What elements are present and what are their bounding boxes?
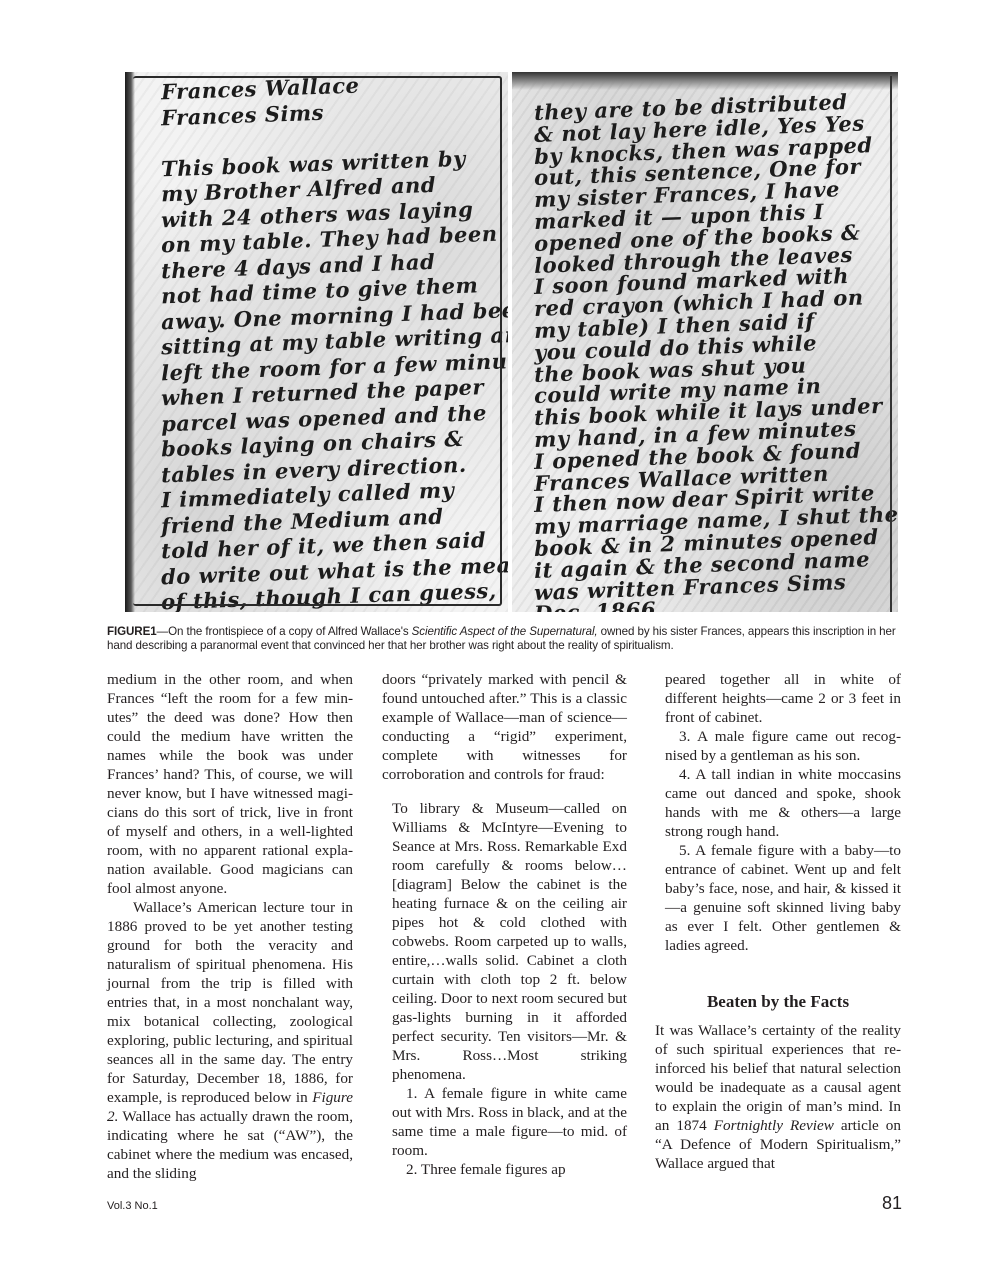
paragraph-text: Wallace has actually drawn the room, ind… [107,1108,353,1182]
quote-list-item-5: 5. A female figure with a baby—to entran… [665,841,901,955]
quote-list-item-3: 3. A male figure came out recog­nised by… [665,727,901,765]
quote-list-item-1: 1. A female figure in white came out wit… [392,1084,627,1160]
paragraph: doors “privately marked with pen­cil & f… [382,670,627,784]
body-column-1: medium in the other room, and when Franc… [107,670,353,1183]
body-column-2: doors “privately marked with pen­cil & f… [382,670,627,1179]
quote-list-item-2-end: peared together all in white of differen… [665,670,901,727]
journal-quote-block: To library & Museum—called on Williams &… [382,799,627,1179]
handwritten-line: not had time to give them [125,271,508,309]
handwritten-line: Frances Wallace [125,72,508,106]
handwritten-line: told her of it, we then said [125,526,508,564]
publication-title: Fortnightly Review [714,1117,834,1134]
paragraph: It was Wallace’s certainty of the realit… [655,1021,901,1173]
handwritten-line [125,118,508,131]
body-column-3: peared together all in white of differen… [655,670,901,1173]
handwritten-line: do write out what is the mean [125,552,508,590]
handwritten-line: left the room for a few minutes, [125,348,508,386]
journal-quote-continued: peared together all in white of differen… [655,670,901,955]
quote-list-item-2-start: 2. Three female figures ap­ [392,1160,627,1179]
handwritten-line: my Brother Alfred and [125,169,508,207]
figure-label: FIGURE1 [107,625,157,638]
section-heading: Beaten by the Facts [655,991,901,1013]
manuscript-left-page: Frances WallaceFrances SimsThis book was… [125,72,508,612]
paragraph: medium in the other room, and when Franc… [107,670,353,898]
caption-book-title: Scientific Aspect of the Supernatural, [412,625,598,638]
caption-dash: — [157,625,169,638]
handwritten-line: This book was written by [125,144,508,182]
paragraph-text: Wallace’s American lecture tour in 1886 … [107,899,353,1106]
handwritten-line: parcel was opened and the [125,399,508,437]
handwritten-line: I immediately called my [125,475,508,513]
figure-manuscript-photo: Frances WallaceFrances SimsThis book was… [125,72,898,612]
handwritten-line: books laying on chairs & [125,424,508,462]
handwritten-line: there 4 days and I had [125,246,508,284]
handwritten-line: with 24 others was laying [125,195,508,233]
figure-caption: FIGURE1—On the frontispiece of a copy of… [107,625,907,653]
handwritten-line: friend the Medium and [125,501,508,539]
paragraph: Wallace’s American lecture tour in 1886 … [107,898,353,1183]
handwritten-line: on my table. They had been [125,220,508,258]
handwritten-line: Frances Sims [125,93,508,131]
quote-list-item-4: 4. A tall indian in white moccasins came… [665,765,901,841]
page-number: 81 [882,1193,902,1214]
handwritten-line: of this, though I can guess, [125,577,508,612]
handwritten-line: sitting at my table writing and [125,322,508,360]
caption-text-before: On the frontispiece of a copy of Alfred … [168,625,412,638]
handwritten-line: away. One morning I had been [125,297,508,335]
manuscript-right-page: they are to be distributed& not lay here… [512,72,898,612]
quote-text: To library & Museum—called on Williams &… [392,799,627,1084]
issue-label: Vol.3 No.1 [107,1200,158,1212]
handwritten-line: when I returned the paper [125,373,508,411]
handwritten-line: tables in every direction. [125,450,508,488]
